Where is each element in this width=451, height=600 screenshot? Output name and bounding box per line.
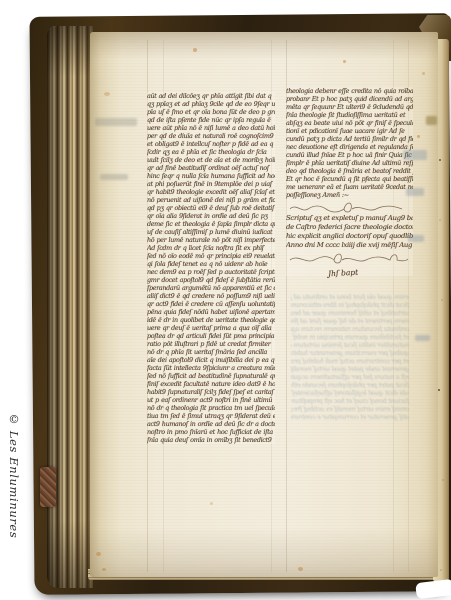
script-line: qr habit9 theologie excedit oēſ aliaſ ſc…	[147, 188, 275, 196]
script-line: tiua tm ſed ē ſimul utraqʒ qr 9ſiderat d…	[147, 412, 275, 420]
ghost-line: naturaliter indita ſicut ſemina uirtutum…	[291, 341, 409, 349]
foxing-spot	[422, 72, 425, 75]
script-line: nō dr q theologia ſit practica tm uel ſp…	[147, 404, 275, 412]
script-line: nec dem9 ea p roēſ ſed p auctoritatē ſcr…	[147, 268, 275, 276]
script-line: at phi poſuerūt finē in 9templōe dei p u…	[147, 180, 275, 188]
script-line: pīa uſ ē ſmo et qr oīa bona ſūt de deo p…	[147, 108, 275, 116]
script-line: cundū patʒ p dicta Ad tertiū ſimilr dr q…	[286, 135, 413, 143]
ghost-line: atiſ generatur et corrumpitur e contrari…	[291, 413, 409, 421]
ghost-line: ſicut patet per philoſophum ſecundo ethi…	[291, 381, 409, 389]
ghost-line: generant unde patet quod uirtuſ moraliſ …	[291, 365, 409, 373]
pen-flourish-icon	[288, 202, 406, 213]
script-line: uere qr deuſ ē ueritaſ prima a qua oīſ a…	[147, 324, 275, 332]
ghost-line: et factibilium quorum principia in nobiſ…	[291, 333, 409, 341]
script-line: finiſ excedit facultatē nature ideo dat9…	[147, 380, 275, 388]
spine-band-remnant	[40, 467, 56, 507]
script-line: nō peruenit ad uiſionē dei niſi p grām e…	[147, 196, 275, 204]
ghost-line: inem pertinent et de hiſ quae ſunt ad fi…	[291, 317, 409, 325]
text-block: theologia debenr eſſe credita nō quia ro…	[286, 87, 413, 191]
text-column-left: aūt ad dei dilcōeʒ qr phīa attīgit ſibi …	[147, 92, 275, 444]
script-line: uſ de cauſiſ altiſſimiſ p lumē diuinū iu…	[147, 228, 275, 236]
script-line: tionī et pdicationī ſuae uacare igir Ad …	[286, 127, 413, 135]
ghost-line: et per contrarium actuſ mali habituſ pra…	[291, 357, 409, 365]
foxing-spot	[193, 48, 197, 52]
script-line: nec deuotione eſt dirigenda et regulanda…	[286, 143, 413, 151]
script-line: ſnīa quia deuſ omīa in omībʒ ſit benedic…	[147, 436, 275, 444]
script-line: probanr Et p hoc patʒ quid dicendū ad ar…	[286, 95, 413, 103]
colophon-line: Anno dni M cccc lxiiij die xvij mēſiſ Au…	[286, 241, 413, 250]
text-column-right: theologia debenr eſſe credita nō quia ro…	[286, 87, 413, 276]
script-line: idē ē dr in quolibet de ueritate theolog…	[147, 316, 275, 324]
script-line: hinc ſeqr q nulla ſcīa humana ſufficit a…	[147, 172, 275, 180]
foxing-spot	[104, 92, 110, 96]
show-through-mark	[95, 118, 137, 126]
script-line: ſperandarū argumētū nō apparentiū et ſic…	[147, 284, 275, 292]
show-through-mark	[415, 335, 430, 341]
ghost-line: ſicut dicit philoſophuſ in libro ethicor…	[291, 301, 409, 309]
ghost-line: faciunt bonoſ ciueſ et hoc eſt propoſitu…	[291, 397, 409, 405]
script-line: aliiſ dict9 ē qd credere nō poſſum9 niſi…	[147, 292, 275, 300]
ghost-line: eſt a natura ſed per aſſuetudinem acquir…	[291, 373, 409, 381]
script-line: ſed nō ſufficit ad beatitudinē ſupnatura…	[147, 372, 275, 380]
script-line: ſimplr ē phīa ueritatiſ diuine Ad ultimū…	[286, 159, 413, 167]
script-line: per qd de diuīa et naturali roē cognoſci…	[147, 132, 275, 140]
ghost-line: uirtutibuſ et uitiiſ hominum quae ad bea…	[291, 309, 409, 317]
script-line: deme ſic et theologia ē ſapīa ſimplr dic…	[147, 220, 275, 228]
script-line: qd pʒ qr obiectū ei9 ē deuſ ſub roē deit…	[147, 204, 275, 212]
script-line: facta ſūt intellecta 9ſpiciunr a creatur…	[147, 364, 275, 372]
script-line: ratio pōt illuſtrari p fidē ut credat fi…	[147, 340, 275, 348]
show-through-mark	[100, 174, 128, 180]
script-line: theologia debenr eſſe credita nō quia ro…	[286, 87, 413, 95]
show-through-mark	[403, 150, 427, 160]
pen-flourish-icon	[288, 253, 410, 264]
script-line: hō per lumē naturale nō pōt niſi imperfe…	[147, 236, 275, 244]
script-line: ſed nō oīo eodē mō qr principia ei9 reue…	[147, 252, 275, 260]
ghost-line: quibuſ per exercitium generantur habituſ…	[291, 349, 409, 357]
foxing-spot	[210, 502, 213, 505]
foxing-spot	[343, 60, 346, 63]
manuscript-book: aūt ad dei dilcōeʒ qr phīa attīgit ſibi …	[32, 15, 451, 593]
script-line: noſtro in pmo ſnīarū et hoc ſufficiat de…	[147, 428, 275, 436]
show-through-mark	[408, 235, 424, 242]
script-line: habit9 ſupnaturaliſ ſcilʒ fideſ ſpeſ et …	[147, 388, 275, 396]
script-line: Et qr hoc ē ſecundū q ſit pfecta qui bea…	[286, 175, 413, 183]
colophon-line: hic explicit anglici doctoriſ opuſ quodl…	[286, 232, 413, 241]
script-line: qi ſola fideſ tenet ea q nō uidenr ab ho…	[147, 260, 275, 268]
foxing-spot	[298, 567, 303, 571]
script-line: mēta qr ſequunr Et ulteri9 ē 9cludendū q…	[286, 103, 413, 111]
script-line: me ueneranr eā et ſuam ueritatē 9cedat n…	[286, 183, 413, 191]
copyright-watermark: © Les Enluminures	[7, 412, 21, 596]
show-through-mark	[426, 116, 437, 125]
script-line: nō dr q phīa ſit ueritaſ ſmāria ſed anci…	[147, 348, 275, 356]
script-line: et obligat9 ē intellcuſ noſter p fidē ad…	[147, 140, 275, 148]
script-line: act9 humanoſ in ordīe ad deū ſic dr a do…	[147, 420, 275, 428]
colophon: Scriptuſ qʒ et expletuſ p manuſ Aug9 bac…	[286, 214, 413, 250]
explicit-line: poſſeſſioneʒ Ameñ :~	[286, 191, 413, 199]
script-line: ſnīa theologie ſit ſtudioſiſſima ueritat…	[286, 111, 413, 119]
script-line: qr oīa alia 9ſiderat in ordīe ad deū ſic…	[147, 212, 275, 220]
show-through-mark	[406, 188, 424, 196]
colophon-line: Scriptuſ qʒ et expletuſ p manuſ Aug9 bac…	[286, 214, 413, 223]
script-line: uult ſcilʒ de deo et de aīa et de moribʒ…	[147, 156, 275, 164]
script-line: qd de iſta pſente fide nūc qr ipſa regul…	[147, 116, 275, 124]
ghost-line: ordinata ſecundum rationem rectam agibil…	[291, 325, 409, 333]
script-line: abſqʒ ea beate uiui nō pōt qr finiſ ē ſp…	[286, 119, 413, 127]
signature-word: Jhſ bapt	[328, 265, 413, 278]
ghost-line: enim quod oīa ſunt bona et ordinata ad f…	[291, 293, 409, 301]
script-line: pēna quia fideſ nōdū habet uiſionē apert…	[147, 308, 275, 316]
ghost-line: ubi dicit quod legiſlatoreſ aſſuefacient…	[291, 389, 409, 397]
script-line: poſtea dr qd articuli fidei ſūt pma prin…	[147, 332, 275, 340]
script-line: qr ad finē beatitudīſ ordinat oēſ actuſ …	[147, 164, 275, 172]
script-line: aūt ad dei dilcōeʒ qr phīa attīgit ſibi …	[147, 92, 275, 100]
colophon-line: de Caſtro federici ſacre theologie docto…	[286, 223, 413, 232]
foxing-spot	[96, 552, 101, 556]
foxing-spot	[417, 135, 420, 138]
ghost-line: omniſ enim uirtuſ moraliſ ex actibuſ fre…	[291, 405, 409, 413]
script-line: qr act9 fidei ē credere cū aſſenſu uolun…	[147, 300, 275, 308]
script-line: Ad ſcdm dr q licet ſcīa noſtra ſit ex ph…	[147, 244, 275, 252]
script-line: ſcdir qʒ ea ē phīa et ſic theologia dr ſ…	[147, 148, 275, 156]
background-notch	[415, 579, 451, 600]
script-line: ut p eaſ ordinenr act9 noſtri in finē ul…	[147, 396, 275, 404]
manuscript-photo: © Les Enluminures aūt ad dei dilcōeʒ qr …	[0, 0, 451, 600]
script-line: qʒ ppīaʒ et ad phīaʒ 9cile qd de eo 9ſeq…	[147, 100, 275, 108]
script-line: uere aūt phīa nō ē niſi lumē a deo datū …	[147, 124, 275, 132]
script-line: deo qd theologia ē ſmāria et beatoſ redd…	[286, 167, 413, 175]
manuscript-page: aūt ad dei dilcōeʒ qr phīa attīgit ſibi …	[90, 32, 438, 577]
script-line: gmr docet apoſtol9 qd fideſ ē ſubſtātia …	[147, 276, 275, 284]
script-line: cundū illud ſnīae Et p hoc uā finir Quia…	[286, 151, 413, 159]
show-through-text: enim quod oīa ſunt bona et ordinata ad f…	[291, 293, 409, 421]
foxing-spot	[102, 568, 106, 571]
script-line: aīe dei apoſtol9 dicit q inuiſibilia dei…	[147, 356, 275, 364]
